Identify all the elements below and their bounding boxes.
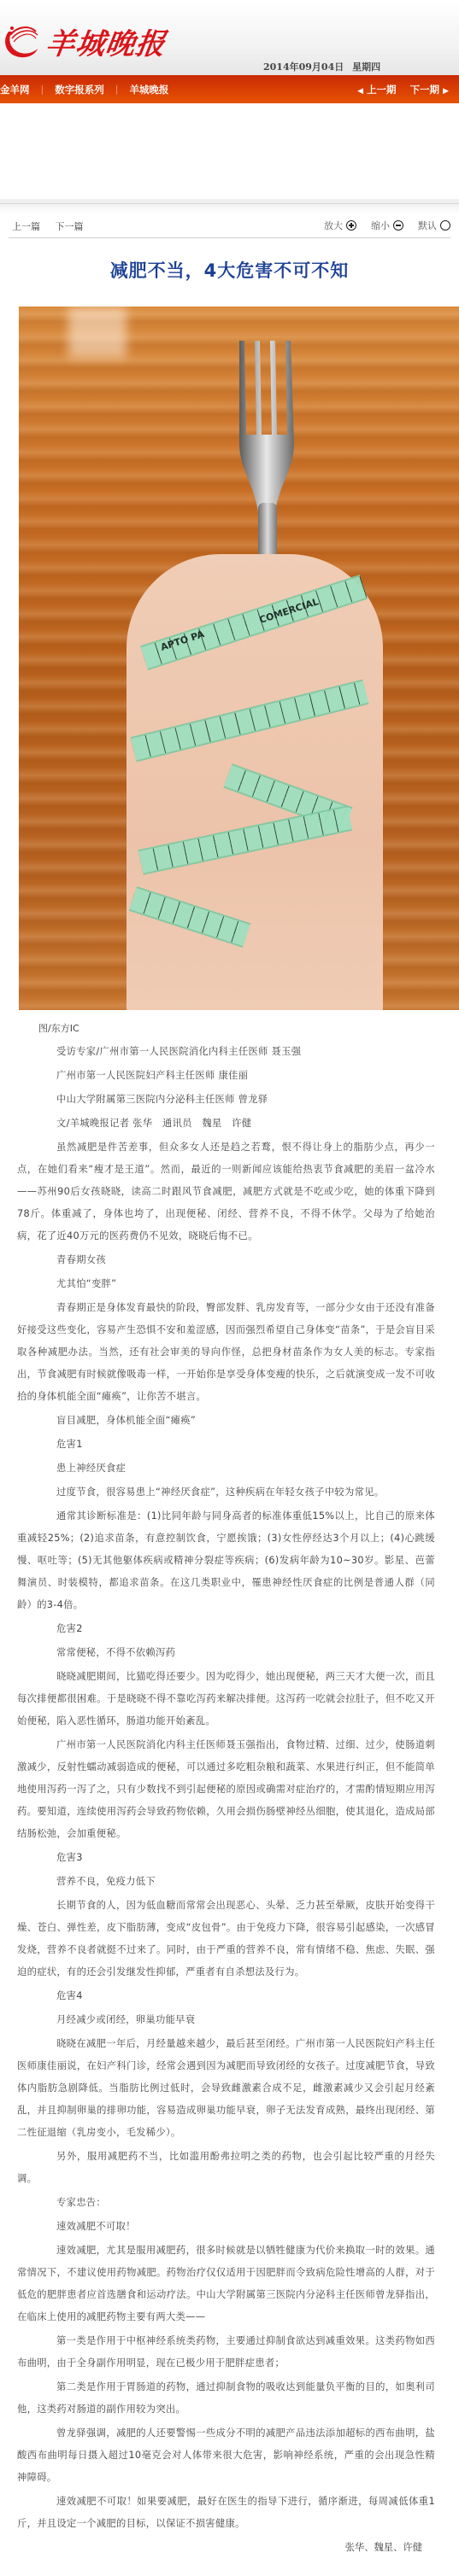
paragraph: 晓晓在减肥一年后，月经量越来越少，最后甚至闭经。广州市第一人民医院妇产科主任医师… — [17, 2033, 435, 2144]
blank-area — [0, 103, 459, 199]
top-nav-bar: 金羊网 | 数字报系列 | 羊城晚报 ◀ 上一期 下一期 ▶ — [0, 75, 459, 103]
subheading: 速效减肥不可取！ — [17, 2216, 435, 2238]
nav-separator: | — [41, 84, 44, 95]
article-body: 图/东方IC 受访专家/广州市第一人民医院消化内科主任医师 聂玉强 广州市第一人… — [0, 1010, 459, 2576]
subheading: 危害2 — [17, 1618, 435, 1640]
paragraph: 广州市第一人民医院消化内科主任医师聂玉强指出，食物过精、过细、过少，使肠道刺激减… — [17, 1734, 435, 1845]
zoom-in-label: 放大 — [324, 219, 343, 232]
prev-article-link[interactable]: 上一篇 — [12, 221, 40, 232]
paragraph: 速效减肥，尤其是服用减肥药，很多时候就是以牺牲健康为代价来换取一时的效果。通常情… — [17, 2240, 435, 2328]
chevron-left-icon: ◀ — [357, 87, 363, 96]
subheading: 月经减少或闭经，卵巢功能早衰 — [17, 2009, 435, 2031]
subheading: 专家忠告： — [17, 2192, 435, 2214]
paragraph: 虽然减肥是件苦差事，但众多女人还是趋之若鹜，恨不得让身上的脂肪少点，再少一点，在… — [17, 1136, 435, 1247]
paragraph: 第二类是作用于胃肠道的药物，通过抑制食物的吸收达到能量负平衡的目的，如奥利司他，… — [17, 2376, 435, 2421]
weekday-text: 星期四 — [352, 61, 380, 73]
minus-circle-icon — [393, 220, 403, 231]
masthead: 羊城晚报 2014年09月04日 星期四 — [0, 0, 459, 75]
paragraph: 曾龙驿强调，减肥的人还要警惕一些成分不明的减肥产品违法添加超标的西布曲明，盐酸西… — [17, 2422, 435, 2489]
date-text: 2014年09月04日 — [263, 61, 344, 73]
reset-size-button[interactable]: 默认 — [418, 219, 450, 232]
logo-swoosh-icon — [0, 20, 43, 62]
subheading: 危害1 — [17, 1434, 435, 1456]
author-byline: 张华、魏星、许健 — [17, 2537, 435, 2559]
nav-link-ycwb[interactable]: 羊城晚报 — [129, 83, 168, 96]
nav-link-jinyang[interactable]: 金羊网 — [0, 83, 30, 96]
paragraph: 文/羊城晚报记者 张华 通讯员 魏星 许健 — [17, 1113, 435, 1135]
fork-icon — [236, 341, 297, 511]
article-toolbar: 上一篇 下一篇 放大 缩小 默认 — [9, 204, 450, 238]
subheading: 危害3 — [17, 1847, 435, 1869]
nav-link-digital-papers[interactable]: 数字报系列 — [55, 83, 104, 96]
logo-text: 羊城晚报 — [44, 20, 169, 62]
prev-issue-label: 上一期 — [367, 84, 397, 96]
article-title: 减肥不当，4大危害不可不知 — [0, 238, 459, 307]
paragraph: 中山大学附属第三医院内分泌科主任医师 曾龙驿 — [17, 1089, 435, 1111]
paragraph: 第一类是作用于中枢神经系统类药物，主要通过抑制食欲达到减重效果。这类药物如西布曲… — [17, 2330, 435, 2374]
paragraph: 广州市第一人民医院妇产科主任医师 康佳丽 — [17, 1065, 435, 1087]
zoom-in-button[interactable]: 放大 — [324, 219, 356, 232]
chevron-right-icon: ▶ — [443, 87, 449, 96]
paragraph: 速效减肥不可取！如果要减肥，最好在医生的指导下进行，循序渐进，每周减低体重1斤，… — [17, 2491, 435, 2535]
photo-highlight — [68, 307, 127, 358]
next-issue-link[interactable]: 下一期 ▶ — [410, 83, 449, 96]
paragraph: 另外，服用减肥药不当，比如滥用酚弗拉明之类的药物，也会引起比较严重的月经失调。 — [17, 2146, 435, 2190]
plus-circle-icon — [346, 220, 356, 231]
issue-date: 2014年09月04日 星期四 — [263, 60, 385, 73]
subheading: 患上神经厌食症 — [17, 1457, 435, 1480]
paragraph: 过度节食，很容易患上“神经厌食症”，这种疾病在年轻女孩子中较为常见。 — [17, 1481, 435, 1504]
subheading: 青春期女孩 — [17, 1249, 435, 1271]
paragraph: 青春期正是身体发育最快的阶段，臀部发胖、乳房发育等，一部分少女由于还没有准备好接… — [17, 1297, 435, 1408]
circle-icon — [440, 220, 450, 231]
zoom-out-button[interactable]: 缩小 — [371, 219, 403, 232]
paragraph: 晓晓减肥期间，比猫吃得还要少。因为吃得少，她出现便秘，两三天才大便一次，而且每次… — [17, 1666, 435, 1732]
paragraph: 通常其诊断标准是：(1)比同年龄与同身高者的标准体重低15%以上，比自己的原来体… — [17, 1505, 435, 1616]
newspaper-logo[interactable]: 羊城晚报 — [0, 15, 179, 67]
paragraph: 受访专家/广州市第一人民医院消化内科主任医师 聂玉强 — [17, 1041, 435, 1063]
subheading: 营养不良，免疫力低下 — [17, 1871, 435, 1893]
subheading: 尤其怕“变胖” — [17, 1273, 435, 1295]
subheading: 盲目减肥，身体机能全面“瘫痪” — [17, 1410, 435, 1432]
reset-size-label: 默认 — [418, 219, 437, 232]
photo-caption: 图/东方IC — [17, 1017, 435, 1041]
prev-issue-link[interactable]: ◀ 上一期 — [357, 83, 396, 96]
article-photo: COMERCIAL APTO PA — [19, 307, 459, 1010]
paragraph: 长期节食的人，因为低血糖而常常会出现恶心、头晕、乏力甚至晕厥，皮肤开始变得干燥、… — [17, 1895, 435, 1983]
next-article-link[interactable]: 下一篇 — [56, 221, 84, 232]
next-issue-label: 下一期 — [410, 84, 440, 96]
subheading: 危害4 — [17, 1985, 435, 2007]
subheading: 常常便秘，不得不依赖泻药 — [17, 1642, 435, 1664]
nav-separator: | — [115, 84, 119, 95]
zoom-out-label: 缩小 — [371, 219, 390, 232]
